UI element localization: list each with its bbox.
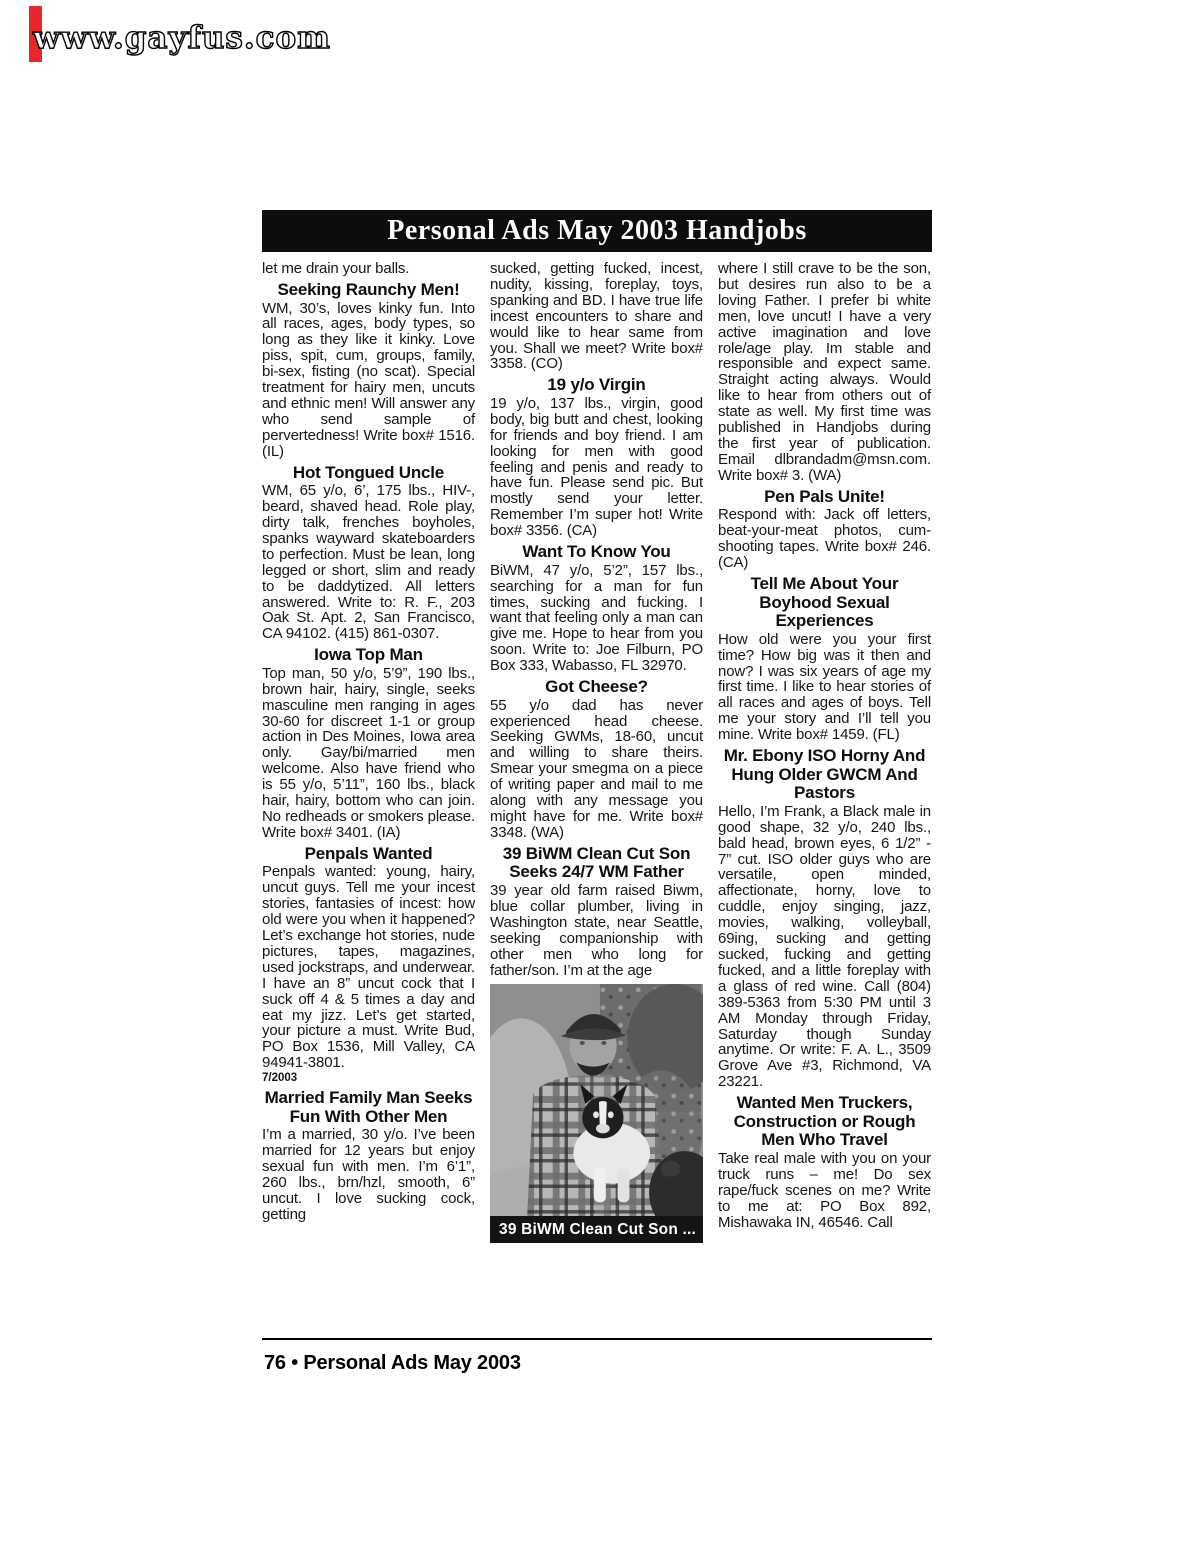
ad-body: Respond with: Jack off letters, beat-you… xyxy=(718,507,931,571)
ad-title: 19 y/o Virgin xyxy=(490,376,703,395)
ad-body: How old were you your first time? How bi… xyxy=(718,632,931,743)
ad-body: Hello, I’m Frank, a Black male in good s… xyxy=(718,804,931,1090)
continuation-text: where I still crave to be the son, but d… xyxy=(718,261,931,484)
column-1: let me drain your balls.Seeking Raunchy … xyxy=(262,261,475,1333)
date-stamp: 7/2003 xyxy=(262,1072,475,1085)
ad-title: Tell Me About Your Boyhood Sexual Experi… xyxy=(718,575,931,631)
personal-ad-photo: 39 BiWM Clean Cut Son ... xyxy=(490,984,703,1243)
ad-title: Want To Know You xyxy=(490,543,703,562)
ad-body: Top man, 50 y/o, 5’9”, 190 lbs., brown h… xyxy=(262,666,475,841)
footer-rule xyxy=(262,1338,932,1340)
magazine-page: www.gayfus.com Personal Ads May 2003 Han… xyxy=(0,0,1200,1552)
ad-body: 19 y/o, 137 lbs., virgin, good body, big… xyxy=(490,396,703,539)
page-header-title: Personal Ads May 2003 Handjobs xyxy=(387,215,807,246)
content-area: Personal Ads May 2003 Handjobs let me dr… xyxy=(262,210,932,1400)
page-header-bar: Personal Ads May 2003 Handjobs xyxy=(262,210,932,252)
page-footer: 76 • Personal Ads May 2003 xyxy=(264,1352,521,1375)
watermark-url: www.gayfus.com xyxy=(33,20,331,56)
ad-body: Penpals wanted: young, hairy, uncut guys… xyxy=(262,864,475,1071)
column-2: sucked, getting fucked, incest, nudity, … xyxy=(490,261,703,1333)
continuation-text: let me drain your balls. xyxy=(262,261,475,277)
ad-title: Wanted Men Truckers, Construction or Rou… xyxy=(718,1094,931,1150)
ad-columns: let me drain your balls.Seeking Raunchy … xyxy=(262,261,932,1333)
continuation-text: sucked, getting fucked, incest, nudity, … xyxy=(490,261,703,372)
ad-title: Married Family Man Seeks Fun With Other … xyxy=(262,1089,475,1126)
ad-title: Pen Pals Unite! xyxy=(718,488,931,507)
ad-body: 39 year old farm raised Biwm, blue colla… xyxy=(490,883,703,978)
ad-title: 39 BiWM Clean Cut Son Seeks 24/7 WM Fath… xyxy=(490,845,703,882)
ad-title: Mr. Ebony ISO Horny And Hung Older GWCM … xyxy=(718,747,931,803)
ad-body: 55 y/o dad has never experienced head ch… xyxy=(490,698,703,841)
ad-body: WM, 30’s, loves kinky fun. Into all race… xyxy=(262,301,475,460)
ad-body: BiWM, 47 y/o, 5’2”, 157 lbs., searching … xyxy=(490,563,703,674)
ad-title: Penpals Wanted xyxy=(262,845,475,864)
ad-body: Take real male with you on your truck ru… xyxy=(718,1151,931,1231)
ad-title: Iowa Top Man xyxy=(262,646,475,665)
ad-title: Got Cheese? xyxy=(490,678,703,697)
ad-body: WM, 65 y/o, 6’, 175 lbs., HIV-, beard, s… xyxy=(262,483,475,642)
column-3: where I still crave to be the son, but d… xyxy=(718,261,931,1333)
ad-title: Hot Tongued Uncle xyxy=(262,464,475,483)
ad-title: Seeking Raunchy Men! xyxy=(262,281,475,300)
photo-caption: 39 BiWM Clean Cut Son ... xyxy=(490,1216,703,1243)
ad-body: I’m a married, 30 y/o. I’ve been married… xyxy=(262,1127,475,1222)
photo-image xyxy=(490,984,703,1216)
